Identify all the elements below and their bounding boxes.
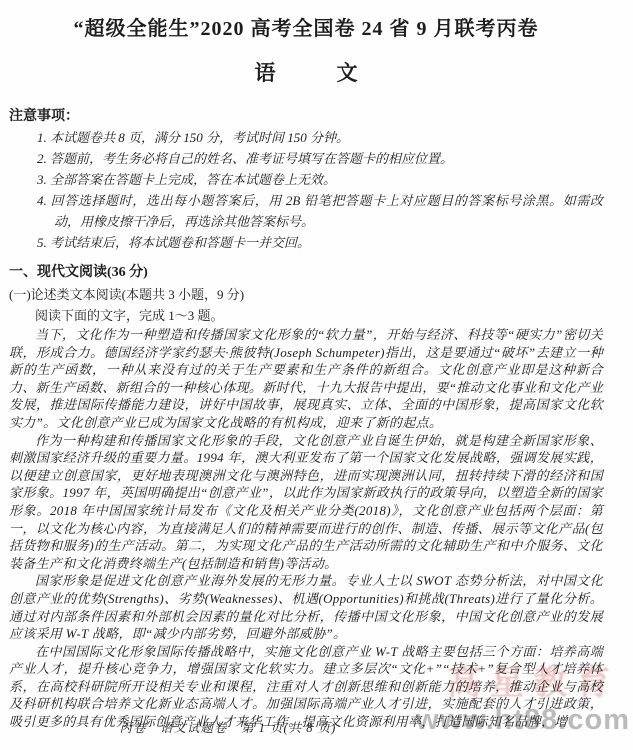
passage-paragraph-2: 作为一种构建和传播国家文化形象的手段，文化创意产业自诞生伊始，就是构建全新国家形… (9, 432, 603, 573)
reading-passage: 当下，文化作为一种塑造和传播国家文化形象的“软力量”，开始与经济、科技等“硬实力… (9, 326, 603, 731)
exam-paper-page: “超级全能生”2020 高考全国卷 24 省 9 月联考丙卷 语 文 注意事项：… (0, 0, 633, 731)
subsection-heading-argumentative-text: (一)论述类文本阅读(本题共 3 小题，9 分) (9, 284, 603, 303)
notice-item-1: 1. 本试题卷共 8 页，满分 150 分，考试时间 150 分钟。 (37, 127, 603, 148)
notice-item-5: 5. 考试结束后，将本试题卷和答题卡一并交回。 (37, 232, 603, 253)
page-footer: 丙卷 语文试题卷 第 1 页(共 8 页) (0, 718, 456, 736)
passage-paragraph-3: 国家形象是促进文化创意产业海外发展的无形力量。专业人士以 SWOT 态势分析法，… (9, 572, 603, 642)
page-title: “超级全能生”2020 高考全国卷 24 省 9 月联考丙卷 (9, 12, 603, 41)
subject-title: 语 文 (9, 57, 603, 87)
notice-item-2: 2. 答题前，考生务必将自己的姓名、准考证号填写在答题卡的相应位置。 (37, 148, 603, 169)
notice-heading: 注意事项： (9, 105, 603, 125)
notice-list: 1. 本试题卷共 8 页，满分 150 分，考试时间 150 分钟。 2. 答题… (9, 127, 603, 253)
reading-instruction: 阅读下面的文字，完成 1～3 题。 (9, 305, 603, 324)
passage-paragraph-1: 当下，文化作为一种塑造和传播国家文化形象的“软力量”，开始与经济、科技等“硬实力… (9, 326, 603, 432)
notice-item-3: 3. 全部答案在答题卡上完成，答在本试题卷上无效。 (37, 169, 603, 190)
section-heading-modern-reading: 一、现代文阅读(36 分) (9, 261, 603, 281)
notice-item-4: 4. 回答选择题时，选出每小题答案后，用 2B 铅笔把答题卡上对应题目的答案标号… (37, 190, 603, 232)
